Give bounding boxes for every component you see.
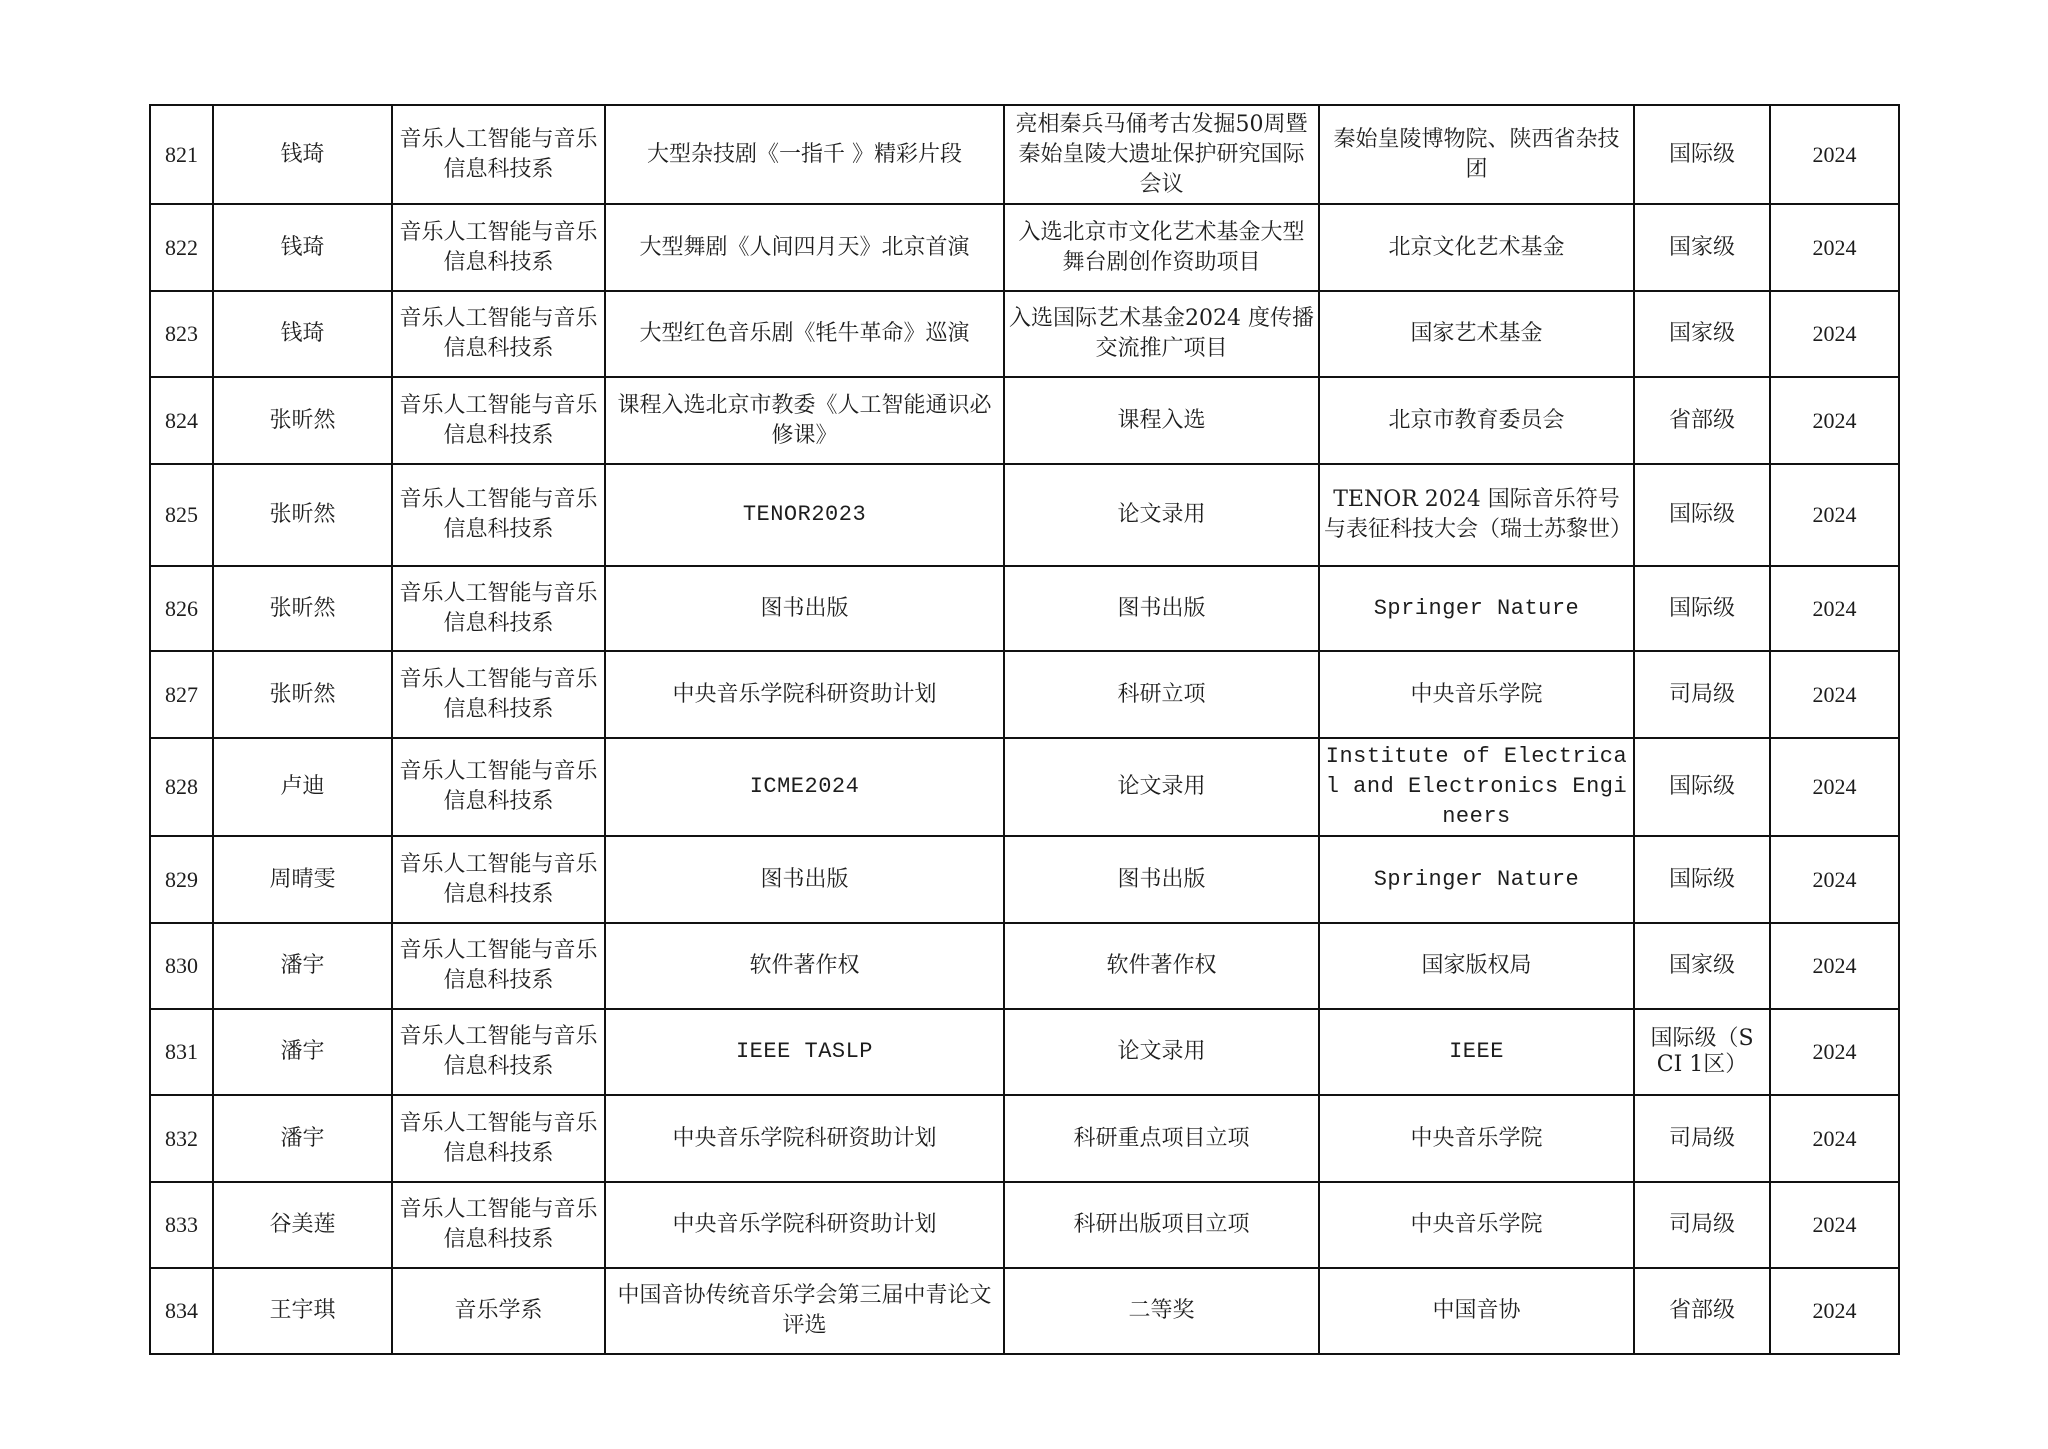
table-row: 826 张昕然 音乐人工智能与音乐信息科技系 图书出版 图书出版 Springe… bbox=[150, 566, 1899, 651]
cell-name: 张昕然 bbox=[213, 651, 392, 738]
table-row: 822 钱琦 音乐人工智能与音乐信息科技系 大型舞剧《人间四月天》北京首演 入选… bbox=[150, 204, 1899, 291]
cell-year: 2024 bbox=[1770, 923, 1899, 1009]
cell-no: 834 bbox=[150, 1268, 213, 1354]
cell-name: 潘宇 bbox=[213, 1009, 392, 1095]
cell-achievement: 科研重点项目立项 bbox=[1004, 1095, 1319, 1182]
cell-organizer: 北京市教育委员会 bbox=[1319, 377, 1634, 464]
table-row: 825 张昕然 音乐人工智能与音乐信息科技系 TENOR2023 论文录用 TE… bbox=[150, 464, 1899, 566]
cell-department: 音乐人工智能与音乐信息科技系 bbox=[392, 291, 605, 377]
cell-no: 821 bbox=[150, 105, 213, 204]
cell-department: 音乐人工智能与音乐信息科技系 bbox=[392, 204, 605, 291]
cell-organizer: 中国音协 bbox=[1319, 1268, 1634, 1354]
cell-achievement: 论文录用 bbox=[1004, 1009, 1319, 1095]
cell-achievement: 软件著作权 bbox=[1004, 923, 1319, 1009]
cell-organizer: 中央音乐学院 bbox=[1319, 1182, 1634, 1268]
cell-level: 省部级 bbox=[1634, 377, 1770, 464]
cell-year: 2024 bbox=[1770, 105, 1899, 204]
cell-achievement: 二等奖 bbox=[1004, 1268, 1319, 1354]
table-row: 824 张昕然 音乐人工智能与音乐信息科技系 课程入选北京市教委《人工智能通识必… bbox=[150, 377, 1899, 464]
cell-department: 音乐人工智能与音乐信息科技系 bbox=[392, 1182, 605, 1268]
cell-organizer: 北京文化艺术基金 bbox=[1319, 204, 1634, 291]
cell-project: 课程入选北京市教委《人工智能通识必修课》 bbox=[605, 377, 1004, 464]
cell-department: 音乐人工智能与音乐信息科技系 bbox=[392, 377, 605, 464]
cell-year: 2024 bbox=[1770, 291, 1899, 377]
table-row: 831 潘宇 音乐人工智能与音乐信息科技系 IEEE TASLP 论文录用 IE… bbox=[150, 1009, 1899, 1095]
cell-level: 国家级 bbox=[1634, 923, 1770, 1009]
cell-level: 国际级（SCI 1区） bbox=[1634, 1009, 1770, 1095]
cell-year: 2024 bbox=[1770, 464, 1899, 566]
cell-name: 潘宇 bbox=[213, 1095, 392, 1182]
cell-department: 音乐人工智能与音乐信息科技系 bbox=[392, 1009, 605, 1095]
cell-project: 中央音乐学院科研资助计划 bbox=[605, 651, 1004, 738]
cell-project: 软件著作权 bbox=[605, 923, 1004, 1009]
cell-name: 张昕然 bbox=[213, 566, 392, 651]
table-row: 833 谷美莲 音乐人工智能与音乐信息科技系 中央音乐学院科研资助计划 科研出版… bbox=[150, 1182, 1899, 1268]
cell-no: 833 bbox=[150, 1182, 213, 1268]
cell-project: 大型舞剧《人间四月天》北京首演 bbox=[605, 204, 1004, 291]
table-row: 830 潘宇 音乐人工智能与音乐信息科技系 软件著作权 软件著作权 国家版权局 … bbox=[150, 923, 1899, 1009]
cell-year: 2024 bbox=[1770, 377, 1899, 464]
cell-project: 图书出版 bbox=[605, 566, 1004, 651]
cell-organizer: 国家艺术基金 bbox=[1319, 291, 1634, 377]
cell-level: 司局级 bbox=[1634, 651, 1770, 738]
cell-year: 2024 bbox=[1770, 204, 1899, 291]
table-row: 829 周晴雯 音乐人工智能与音乐信息科技系 图书出版 图书出版 Springe… bbox=[150, 836, 1899, 923]
cell-department: 音乐人工智能与音乐信息科技系 bbox=[392, 923, 605, 1009]
cell-no: 828 bbox=[150, 738, 213, 836]
cell-name: 周晴雯 bbox=[213, 836, 392, 923]
cell-year: 2024 bbox=[1770, 566, 1899, 651]
cell-no: 824 bbox=[150, 377, 213, 464]
cell-department: 音乐人工智能与音乐信息科技系 bbox=[392, 566, 605, 651]
cell-project: IEEE TASLP bbox=[605, 1009, 1004, 1095]
cell-organizer: 国家版权局 bbox=[1319, 923, 1634, 1009]
table-row: 823 钱琦 音乐人工智能与音乐信息科技系 大型红色音乐剧《牦牛革命》巡演 入选… bbox=[150, 291, 1899, 377]
cell-no: 822 bbox=[150, 204, 213, 291]
cell-achievement: 亮相秦兵马俑考古发掘50周暨秦始皇陵大遗址保护研究国际会议 bbox=[1004, 105, 1319, 204]
cell-achievement: 论文录用 bbox=[1004, 464, 1319, 566]
cell-year: 2024 bbox=[1770, 738, 1899, 836]
cell-organizer: 中央音乐学院 bbox=[1319, 651, 1634, 738]
cell-project: TENOR2023 bbox=[605, 464, 1004, 566]
document-page: 821 钱琦 音乐人工智能与音乐信息科技系 大型杂技剧《一指千 》精彩片段 亮相… bbox=[0, 0, 2048, 1449]
cell-project: 图书出版 bbox=[605, 836, 1004, 923]
cell-achievement: 图书出版 bbox=[1004, 836, 1319, 923]
cell-achievement: 入选国际艺术基金2024 度传播交流推广项目 bbox=[1004, 291, 1319, 377]
cell-no: 827 bbox=[150, 651, 213, 738]
cell-no: 829 bbox=[150, 836, 213, 923]
achievements-table: 821 钱琦 音乐人工智能与音乐信息科技系 大型杂技剧《一指千 》精彩片段 亮相… bbox=[149, 104, 1900, 1355]
cell-level: 省部级 bbox=[1634, 1268, 1770, 1354]
cell-level: 国际级 bbox=[1634, 738, 1770, 836]
cell-name: 潘宇 bbox=[213, 923, 392, 1009]
cell-department: 音乐人工智能与音乐信息科技系 bbox=[392, 836, 605, 923]
cell-no: 823 bbox=[150, 291, 213, 377]
cell-level: 司局级 bbox=[1634, 1095, 1770, 1182]
cell-no: 830 bbox=[150, 923, 213, 1009]
cell-department: 音乐人工智能与音乐信息科技系 bbox=[392, 105, 605, 204]
table-row: 832 潘宇 音乐人工智能与音乐信息科技系 中央音乐学院科研资助计划 科研重点项… bbox=[150, 1095, 1899, 1182]
cell-no: 825 bbox=[150, 464, 213, 566]
cell-no: 832 bbox=[150, 1095, 213, 1182]
cell-organizer: Institute of Electrical and Electronics … bbox=[1319, 738, 1634, 836]
cell-level: 国家级 bbox=[1634, 204, 1770, 291]
cell-year: 2024 bbox=[1770, 651, 1899, 738]
cell-achievement: 入选北京市文化艺术基金大型舞台剧创作资助项目 bbox=[1004, 204, 1319, 291]
table-row: 828 卢迪 音乐人工智能与音乐信息科技系 ICME2024 论文录用 Inst… bbox=[150, 738, 1899, 836]
cell-achievement: 论文录用 bbox=[1004, 738, 1319, 836]
table-row: 827 张昕然 音乐人工智能与音乐信息科技系 中央音乐学院科研资助计划 科研立项… bbox=[150, 651, 1899, 738]
cell-level: 国际级 bbox=[1634, 105, 1770, 204]
cell-project: 大型红色音乐剧《牦牛革命》巡演 bbox=[605, 291, 1004, 377]
cell-no: 831 bbox=[150, 1009, 213, 1095]
cell-department: 音乐学系 bbox=[392, 1268, 605, 1354]
cell-year: 2024 bbox=[1770, 836, 1899, 923]
cell-organizer: 中央音乐学院 bbox=[1319, 1095, 1634, 1182]
cell-year: 2024 bbox=[1770, 1182, 1899, 1268]
cell-level: 司局级 bbox=[1634, 1182, 1770, 1268]
cell-name: 钱琦 bbox=[213, 204, 392, 291]
cell-name: 谷美莲 bbox=[213, 1182, 392, 1268]
cell-project: 中国音协传统音乐学会第三届中青论文评选 bbox=[605, 1268, 1004, 1354]
cell-level: 国际级 bbox=[1634, 464, 1770, 566]
cell-organizer: Springer Nature bbox=[1319, 836, 1634, 923]
cell-level: 国家级 bbox=[1634, 291, 1770, 377]
cell-achievement: 科研立项 bbox=[1004, 651, 1319, 738]
cell-achievement: 图书出版 bbox=[1004, 566, 1319, 651]
cell-project: 中央音乐学院科研资助计划 bbox=[605, 1095, 1004, 1182]
table-row: 834 王宇琪 音乐学系 中国音协传统音乐学会第三届中青论文评选 二等奖 中国音… bbox=[150, 1268, 1899, 1354]
cell-level: 国际级 bbox=[1634, 566, 1770, 651]
cell-name: 张昕然 bbox=[213, 377, 392, 464]
cell-department: 音乐人工智能与音乐信息科技系 bbox=[392, 464, 605, 566]
cell-name: 张昕然 bbox=[213, 464, 392, 566]
cell-year: 2024 bbox=[1770, 1009, 1899, 1095]
cell-organizer: 秦始皇陵博物院、陕西省杂技团 bbox=[1319, 105, 1634, 204]
cell-organizer: Springer Nature bbox=[1319, 566, 1634, 651]
cell-project: ICME2024 bbox=[605, 738, 1004, 836]
cell-department: 音乐人工智能与音乐信息科技系 bbox=[392, 1095, 605, 1182]
cell-name: 卢迪 bbox=[213, 738, 392, 836]
cell-achievement: 课程入选 bbox=[1004, 377, 1319, 464]
table-row: 821 钱琦 音乐人工智能与音乐信息科技系 大型杂技剧《一指千 》精彩片段 亮相… bbox=[150, 105, 1899, 204]
cell-level: 国际级 bbox=[1634, 836, 1770, 923]
cell-year: 2024 bbox=[1770, 1095, 1899, 1182]
cell-project: 大型杂技剧《一指千 》精彩片段 bbox=[605, 105, 1004, 204]
cell-department: 音乐人工智能与音乐信息科技系 bbox=[392, 651, 605, 738]
cell-name: 钱琦 bbox=[213, 105, 392, 204]
cell-name: 王宇琪 bbox=[213, 1268, 392, 1354]
cell-no: 826 bbox=[150, 566, 213, 651]
cell-department: 音乐人工智能与音乐信息科技系 bbox=[392, 738, 605, 836]
cell-year: 2024 bbox=[1770, 1268, 1899, 1354]
cell-project: 中央音乐学院科研资助计划 bbox=[605, 1182, 1004, 1268]
cell-organizer: IEEE bbox=[1319, 1009, 1634, 1095]
cell-name: 钱琦 bbox=[213, 291, 392, 377]
cell-achievement: 科研出版项目立项 bbox=[1004, 1182, 1319, 1268]
cell-organizer: TENOR 2024 国际音乐符号与表征科技大会（瑞士苏黎世） bbox=[1319, 464, 1634, 566]
